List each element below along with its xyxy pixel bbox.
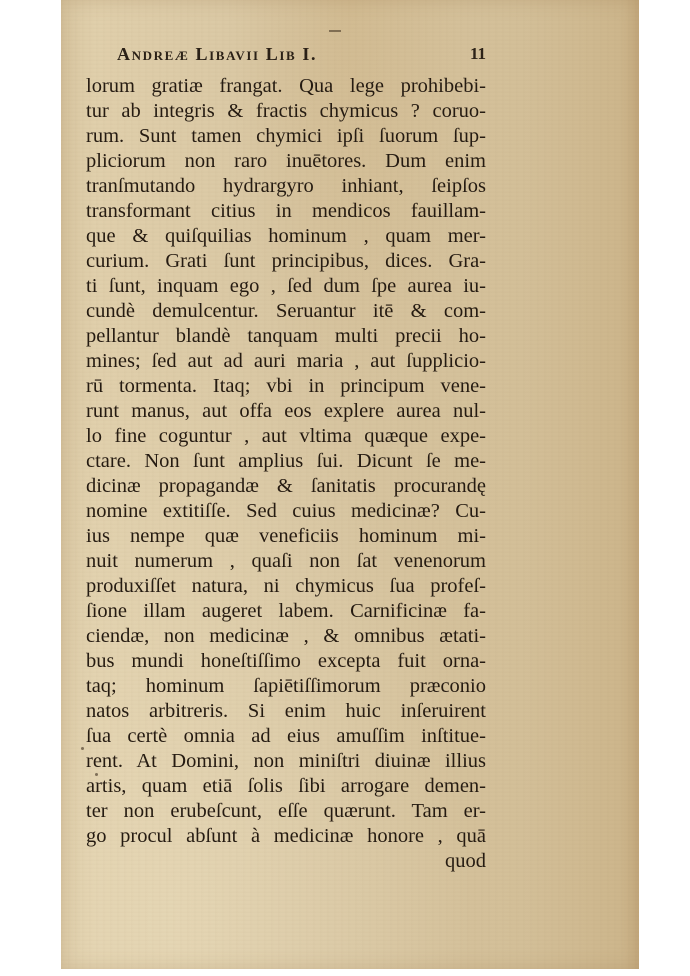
text-line: produxiſſet natura, ni chymicus ſua prof… (86, 574, 486, 599)
text-line: ciendæ, non medicinæ , & omnibus ætati- (86, 624, 486, 649)
book-page: Andreæ Libavii Lib I. 11 lorum gratiæ fr… (61, 0, 639, 969)
text-line: runt manus, aut offa eos explere aurea n… (86, 399, 486, 424)
text-line: artis, quam etiā ſolis ſibi arrogare dem… (86, 774, 486, 799)
text-line: lo fine coguntur , aut vltima quæque exp… (86, 424, 486, 449)
catchword: quod (86, 849, 486, 874)
text-line: tur ab integris & fractis chymicus ? cor… (86, 99, 486, 124)
text-line: ius nempe quæ veneficiis hominum mi- (86, 524, 486, 549)
text-line: lorum gratiæ frangat. Qua lege prohibebi… (86, 74, 486, 99)
text-line: ſua certè omnia ad eius amuſſim inſtitue… (86, 724, 486, 749)
text-line: ti ſunt, inquam ego , ſed dum ſpe aurea … (86, 274, 486, 299)
running-title: Andreæ Libavii Lib I. (117, 44, 317, 65)
body-text: lorum gratiæ frangat. Qua lege prohibebi… (86, 74, 486, 874)
text-line: taq; hominum ſapiētiſſimorum præconio (86, 674, 486, 699)
text-line: go procul abſunt à medicinæ honore , quā (86, 824, 486, 849)
text-line: mines; ſed aut ad auri maria , aut ſuppl… (86, 349, 486, 374)
text-line: cundè demulcentur. Seruantur itē & com- (86, 299, 486, 324)
running-head: Andreæ Libavii Lib I. 11 (117, 44, 537, 74)
text-line: rū tormenta. Itaq; vbi in principum vene… (86, 374, 486, 399)
text-line: pliciorum non raro inuētores. Dum enim (86, 149, 486, 174)
text-line: dicinæ propagandæ & ſanitatis procurandę (86, 474, 486, 499)
folio-number: 11 (470, 44, 486, 64)
text-line: curium. Grati ſunt principibus, dices. G… (86, 249, 486, 274)
ink-mark (329, 30, 341, 32)
text-line: ter non erubeſcunt, eſſe quærunt. Tam er… (86, 799, 486, 824)
text-line: natos arbitreris. Si enim huic inſeruire… (86, 699, 486, 724)
text-line: nomine extitiſſe. Sed cuius medicinæ? Cu… (86, 499, 486, 524)
text-line: tranſmutando hydrargyro inhiant, ſeipſos (86, 174, 486, 199)
text-line: que & quiſquilias hominum , quam mer- (86, 224, 486, 249)
text-line: ſione illam augeret labem. Carnificinæ f… (86, 599, 486, 624)
text-line: bus mundi honeſtiſſimo excepta fuit orna… (86, 649, 486, 674)
text-line: ctare. Non ſunt amplius ſui. Dicunt ſe m… (86, 449, 486, 474)
text-line: transformant citius in mendicos fauillam… (86, 199, 486, 224)
text-line: rum. Sunt tamen chymici ipſi ſuorum ſup- (86, 124, 486, 149)
margin-mark (81, 747, 84, 750)
text-line: pellantur blandè tanquam multi precii ho… (86, 324, 486, 349)
text-line: nuit numerum , quaſi non ſat venenorum (86, 549, 486, 574)
text-line: rent. At Domini, non miniſtri diuinæ ill… (86, 749, 486, 774)
